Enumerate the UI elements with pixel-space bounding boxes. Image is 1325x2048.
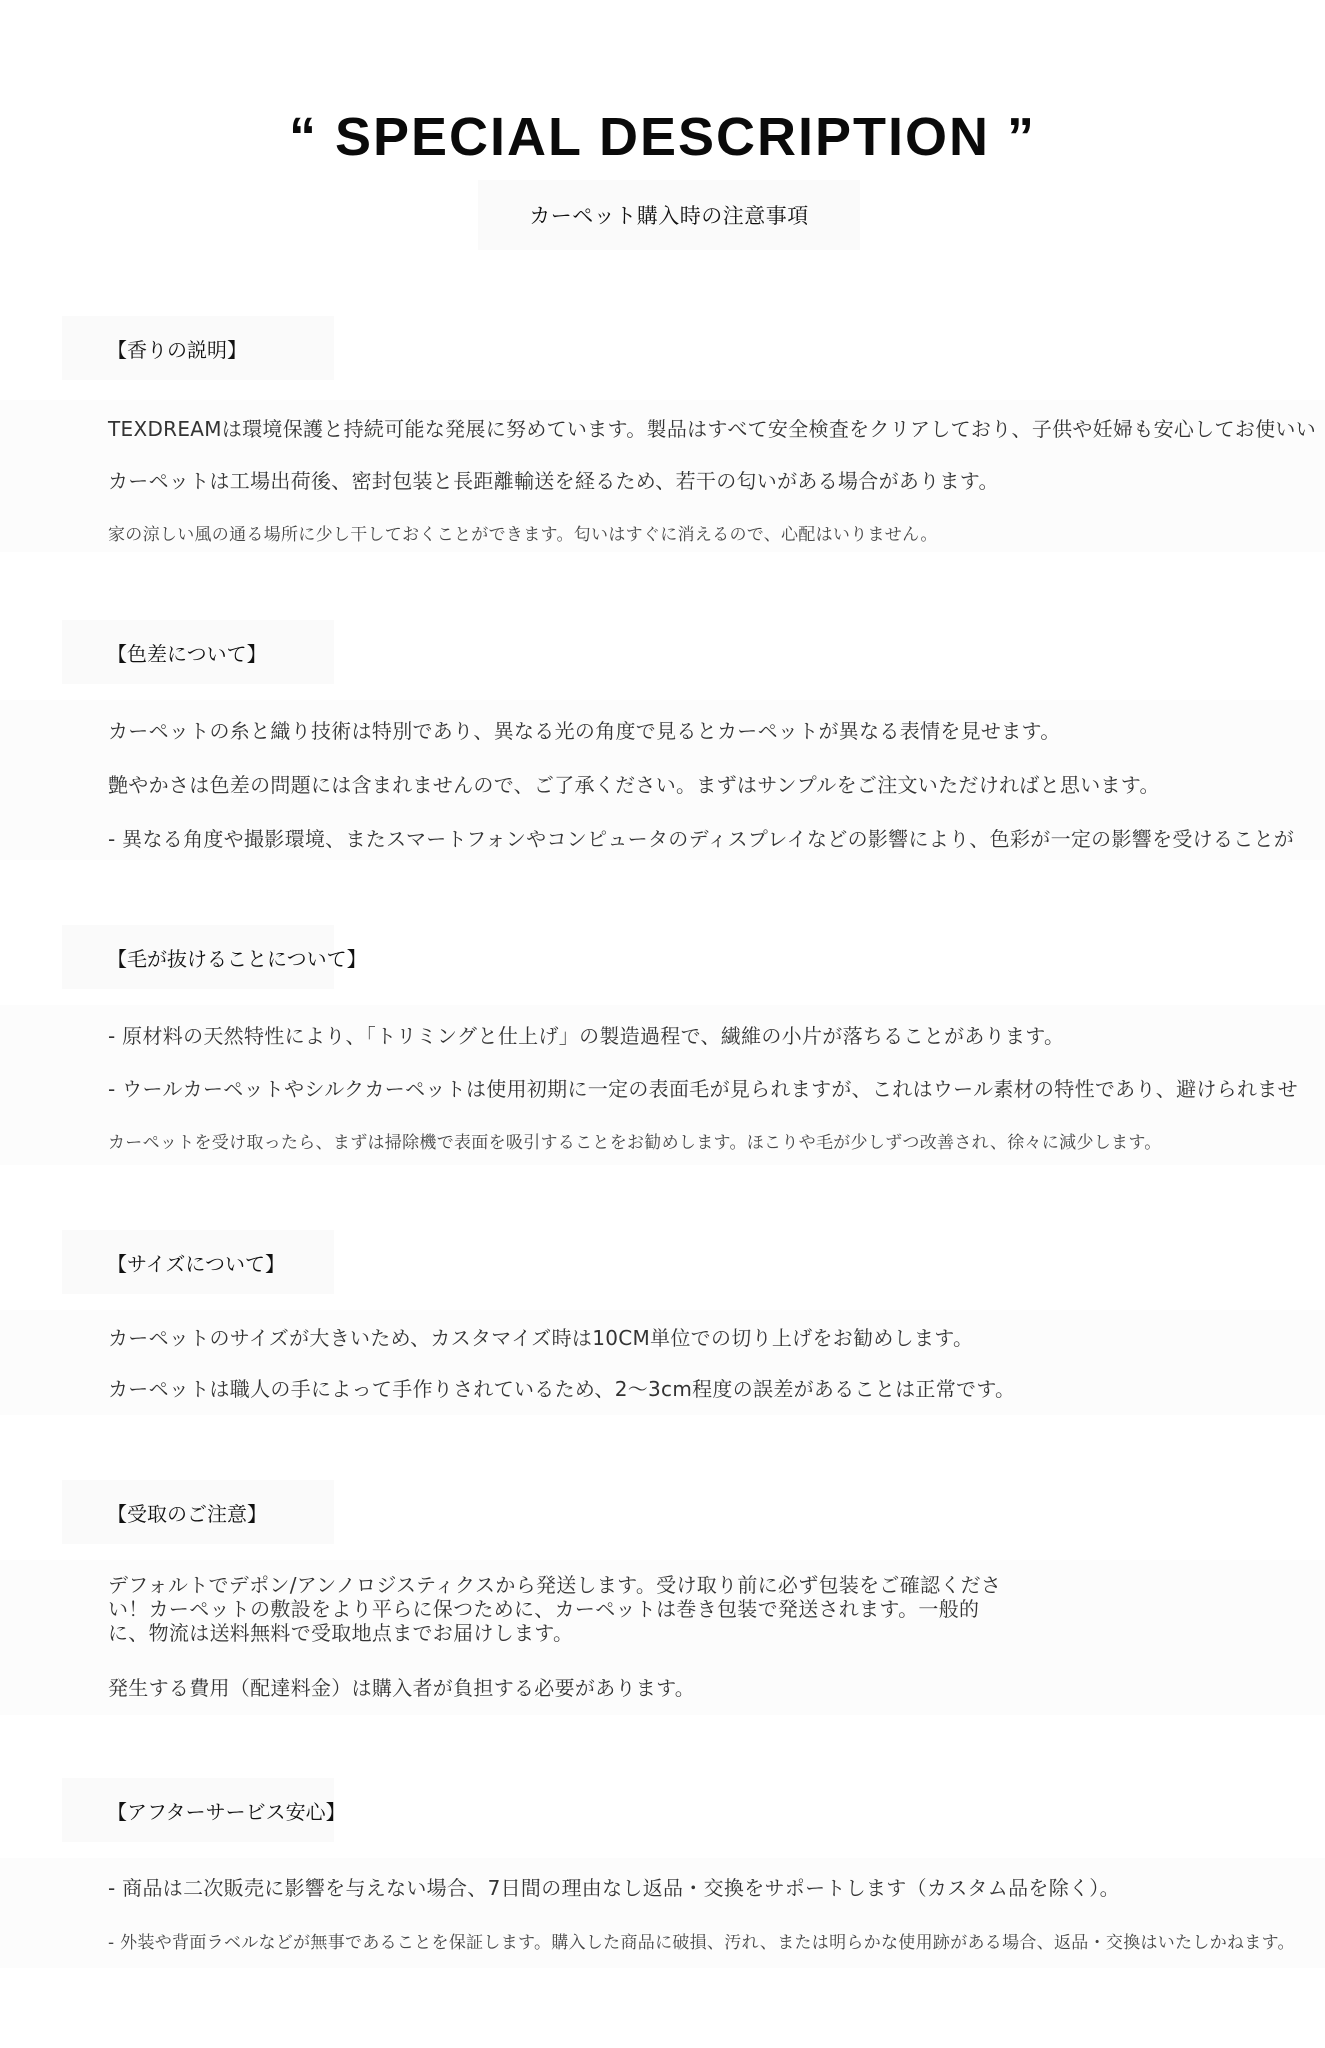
section-heading-delivery: 【受取のご注意】 xyxy=(62,1498,267,1527)
color-line-3: - 異なる角度や撮影環境、またスマートフォンやコンピュータのディスプレイなどの影… xyxy=(108,823,1294,852)
section-color-header-box: 【色差について】 xyxy=(62,620,334,684)
color-line-1: カーペットの糸と織り技術は特別であり、異なる光の角度で見るとカーペットが異なる表… xyxy=(108,715,1061,744)
section-shedding-header-box: 【毛が抜けることについて】 xyxy=(62,925,334,989)
section-delivery-header-box: 【受取のご注意】 xyxy=(62,1480,334,1544)
scent-line-2: カーペットは工場出荷後、密封包装と長距離輸送を経るため、若干の匂いがある場合があ… xyxy=(108,465,999,494)
scent-line-3: 家の涼しい風の通る場所に少し干しておくことができます。匂いはすぐに消えるので、心… xyxy=(108,520,938,545)
size-line-2: カーペットは職人の手によって手作りされているため、2〜3cm程度の誤差があること… xyxy=(108,1373,1015,1402)
shedding-line-3: カーペットを受け取ったら、まずは掃除機で表面を吸引することをお勧めします。ほこり… xyxy=(108,1128,1162,1153)
section-heading-aftersales: 【アフターサービス安心】 xyxy=(62,1796,346,1825)
section-size-header-box: 【サイズについて】 xyxy=(62,1230,334,1294)
scent-line-1: TEXDREAMは環境保護と持続可能な発展に努めています。製品はすべて安全検査を… xyxy=(108,413,1316,442)
subtitle-box: カーペット購入時の注意事項 xyxy=(478,180,860,250)
page-subtitle: カーペット購入時の注意事項 xyxy=(529,200,809,230)
page-title: “ SPECIAL DESCRIPTION ” xyxy=(0,102,1325,172)
size-line-1: カーペットのサイズが大きいため、カスタマイズ時は10CM単位での切り上げをお勧め… xyxy=(108,1322,973,1351)
section-heading-color: 【色差について】 xyxy=(62,638,267,667)
section-heading-scent: 【香りの説明】 xyxy=(62,334,247,363)
delivery-line-1: デフォルトでデポン/アンノロジスティクスから発送します。受け取り前に必ず包装をご… xyxy=(108,1573,1013,1645)
section-scent-header-box: 【香りの説明】 xyxy=(62,316,334,380)
section-heading-size: 【サイズについて】 xyxy=(62,1248,285,1277)
section-heading-shedding: 【毛が抜けることについて】 xyxy=(62,943,367,972)
aftersales-line-1: - 商品は二次販売に影響を与えない場合、7日間の理由なし返品・交換をサポートしま… xyxy=(108,1872,1120,1901)
shedding-line-1: - 原材料の天然特性により、「トリミングと仕上げ」の製造過程で、繊維の小片が落ち… xyxy=(108,1020,1064,1049)
aftersales-line-2: - 外装や背面ラベルなどが無事であることを保証します。購入した商品に破損、汚れ、… xyxy=(108,1928,1295,1953)
delivery-line-2: 発生する費用（配達料金）は購入者が負担する必要があります。 xyxy=(108,1672,695,1701)
section-aftersales-header-box: 【アフターサービス安心】 xyxy=(62,1778,334,1842)
shedding-line-2: - ウールカーペットやシルクカーペットは使用初期に一定の表面毛が見られますが、こ… xyxy=(108,1073,1298,1102)
color-line-2: 艶やかさは色差の問題には含まれませんので、ご了承ください。まずはサンプルをご注文… xyxy=(108,769,1160,798)
